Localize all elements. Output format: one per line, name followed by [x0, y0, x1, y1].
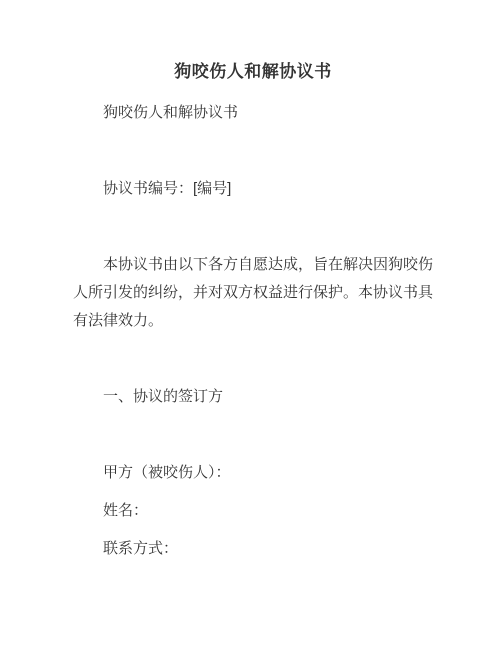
- section-heading-parties: 一、协议的签订方: [73, 383, 433, 411]
- name-field-label: 姓名：: [73, 497, 433, 525]
- party-a-label: 甲方（被咬伤人）：: [73, 459, 433, 487]
- blank-line: [73, 421, 433, 449]
- document-subtitle: 狗咬伤人和解协议书: [73, 99, 433, 127]
- document-page: 狗咬伤人和解协议书 狗咬伤人和解协议书 协议书编号：[编号] 本协议书由以下各方…: [0, 0, 500, 647]
- agreement-number-line: 协议书编号：[编号]: [73, 175, 433, 203]
- intro-paragraph: 本协议书由以下各方自愿达成，旨在解决因狗咬伤人所引发的纠纷，并对双方权益进行保护…: [73, 251, 433, 335]
- contact-field-label: 联系方式：: [73, 535, 433, 563]
- document-title: 狗咬伤人和解协议书: [73, 55, 433, 89]
- blank-line: [73, 345, 433, 373]
- blank-line: [73, 213, 433, 241]
- blank-line: [73, 137, 433, 165]
